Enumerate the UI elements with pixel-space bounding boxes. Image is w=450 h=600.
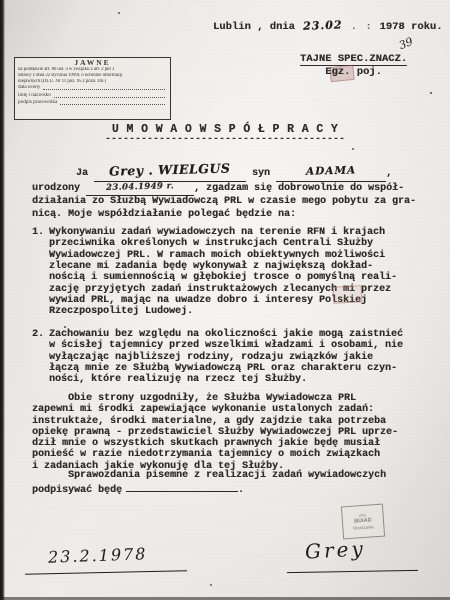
secrecy-marking: TAJNE SPEC.ZNACZ. — [300, 53, 407, 66]
archive-stamp: IPN BUiAD Warszawa — [341, 504, 385, 540]
classification-block: TAJNE SPEC.ZNACZ. Egz. poj. — [300, 48, 407, 78]
closing-line-2: podpisywać będę. — [32, 482, 437, 497]
dust-speck — [430, 92, 432, 94]
agreement-paragraph: Obie strony uzgodniły, że Służba Wywiado… — [32, 393, 437, 472]
copy-number-marking: Egz. poj. — [300, 66, 407, 78]
document-title-block: U M O W A O W S P Ó Ł P R A C Y --------… — [0, 123, 450, 144]
dust-speck — [118, 12, 120, 14]
intro-row-1: Ja Grey . WIELGUS syn ADAMA, — [32, 165, 432, 182]
dust-speck — [64, 326, 66, 328]
list-item-text: Zachowaniu bez względu na okoliczności j… — [49, 329, 403, 386]
declassification-stamp: JAWNE na podstawie art. 86 ust. 3 w zwią… — [14, 57, 171, 120]
intro-paragraph: Ja Grey . WIELGUS syn ADAMA, urodzony 23… — [32, 165, 432, 221]
dateline-dotted-blank: . : — [351, 22, 373, 32]
dotted-fill-line — [60, 103, 165, 105]
handwritten-signature-codename: Grey — [304, 536, 366, 563]
list-item-number: 2. — [32, 329, 49, 386]
list-item-2: 2. Zachowaniu bez względu na okolicznośc… — [32, 329, 437, 386]
name-fill-in-blank: Grey . WIELGUS — [94, 165, 246, 182]
closing-line-1: Sprawozdania pisemne z realizacji zadań … — [32, 470, 437, 482]
father-name-fill-in-blank: ADAMA — [276, 166, 386, 182]
list-item-1: 1. Wykonywaniu zadań wywiadowczych na te… — [32, 227, 437, 318]
dateline-year: 1978 roku. — [380, 21, 443, 33]
intro-row-4: nicą. Moje współdziałanie polegać będzie… — [32, 209, 432, 222]
birthdate-fill-in-blank: 23.04.1949 r. — [86, 182, 194, 197]
declassification-stamp-field: data oceny — [18, 84, 167, 92]
dateline-place: Lublin , dnia — [213, 21, 295, 33]
faint-archive-stamp-overlay — [333, 285, 363, 303]
intro-row-3: działania zo Służbą Wywiadowczą PRL w cz… — [32, 196, 432, 209]
title-dashed-underline: ---------------------------------------- — [0, 136, 450, 144]
scan-left-edge-shadow — [0, 0, 5, 600]
intro-row-2: urodzony 23.04.1949 r., zgadzam się dobr… — [32, 182, 432, 197]
list-item-number: 1. — [32, 227, 49, 318]
handwritten-name: Grey . WIELGUS — [109, 162, 231, 178]
dotted-fill-line — [54, 96, 165, 98]
declassification-stamp-field: podpis pracownika — [18, 99, 167, 107]
dust-speck — [352, 148, 354, 150]
handwritten-signature-date: 23.2.1978 — [48, 544, 148, 566]
declassification-stamp-title: JAWNE — [18, 59, 167, 67]
dotted-fill-line — [43, 88, 165, 90]
codename-fill-in-blank — [126, 482, 238, 492]
dateline-handwritten-day: 23.02 — [303, 18, 343, 32]
dust-speck — [210, 584, 212, 586]
closing-paragraph: Sprawozdania pisemne z realizacji zadań … — [32, 470, 437, 496]
handwritten-father-name: ADAMA — [306, 164, 356, 178]
declassification-stamp-field: imię i nazwisko — [18, 92, 167, 100]
handwritten-birthdate: 23.04.1949 r. — [106, 180, 174, 194]
list-item-text: Wykonywaniu zadań wywiadowczych na teren… — [49, 227, 397, 318]
dateline: Lublin , dnia 23.02 . : 1978 roku. — [213, 19, 443, 33]
